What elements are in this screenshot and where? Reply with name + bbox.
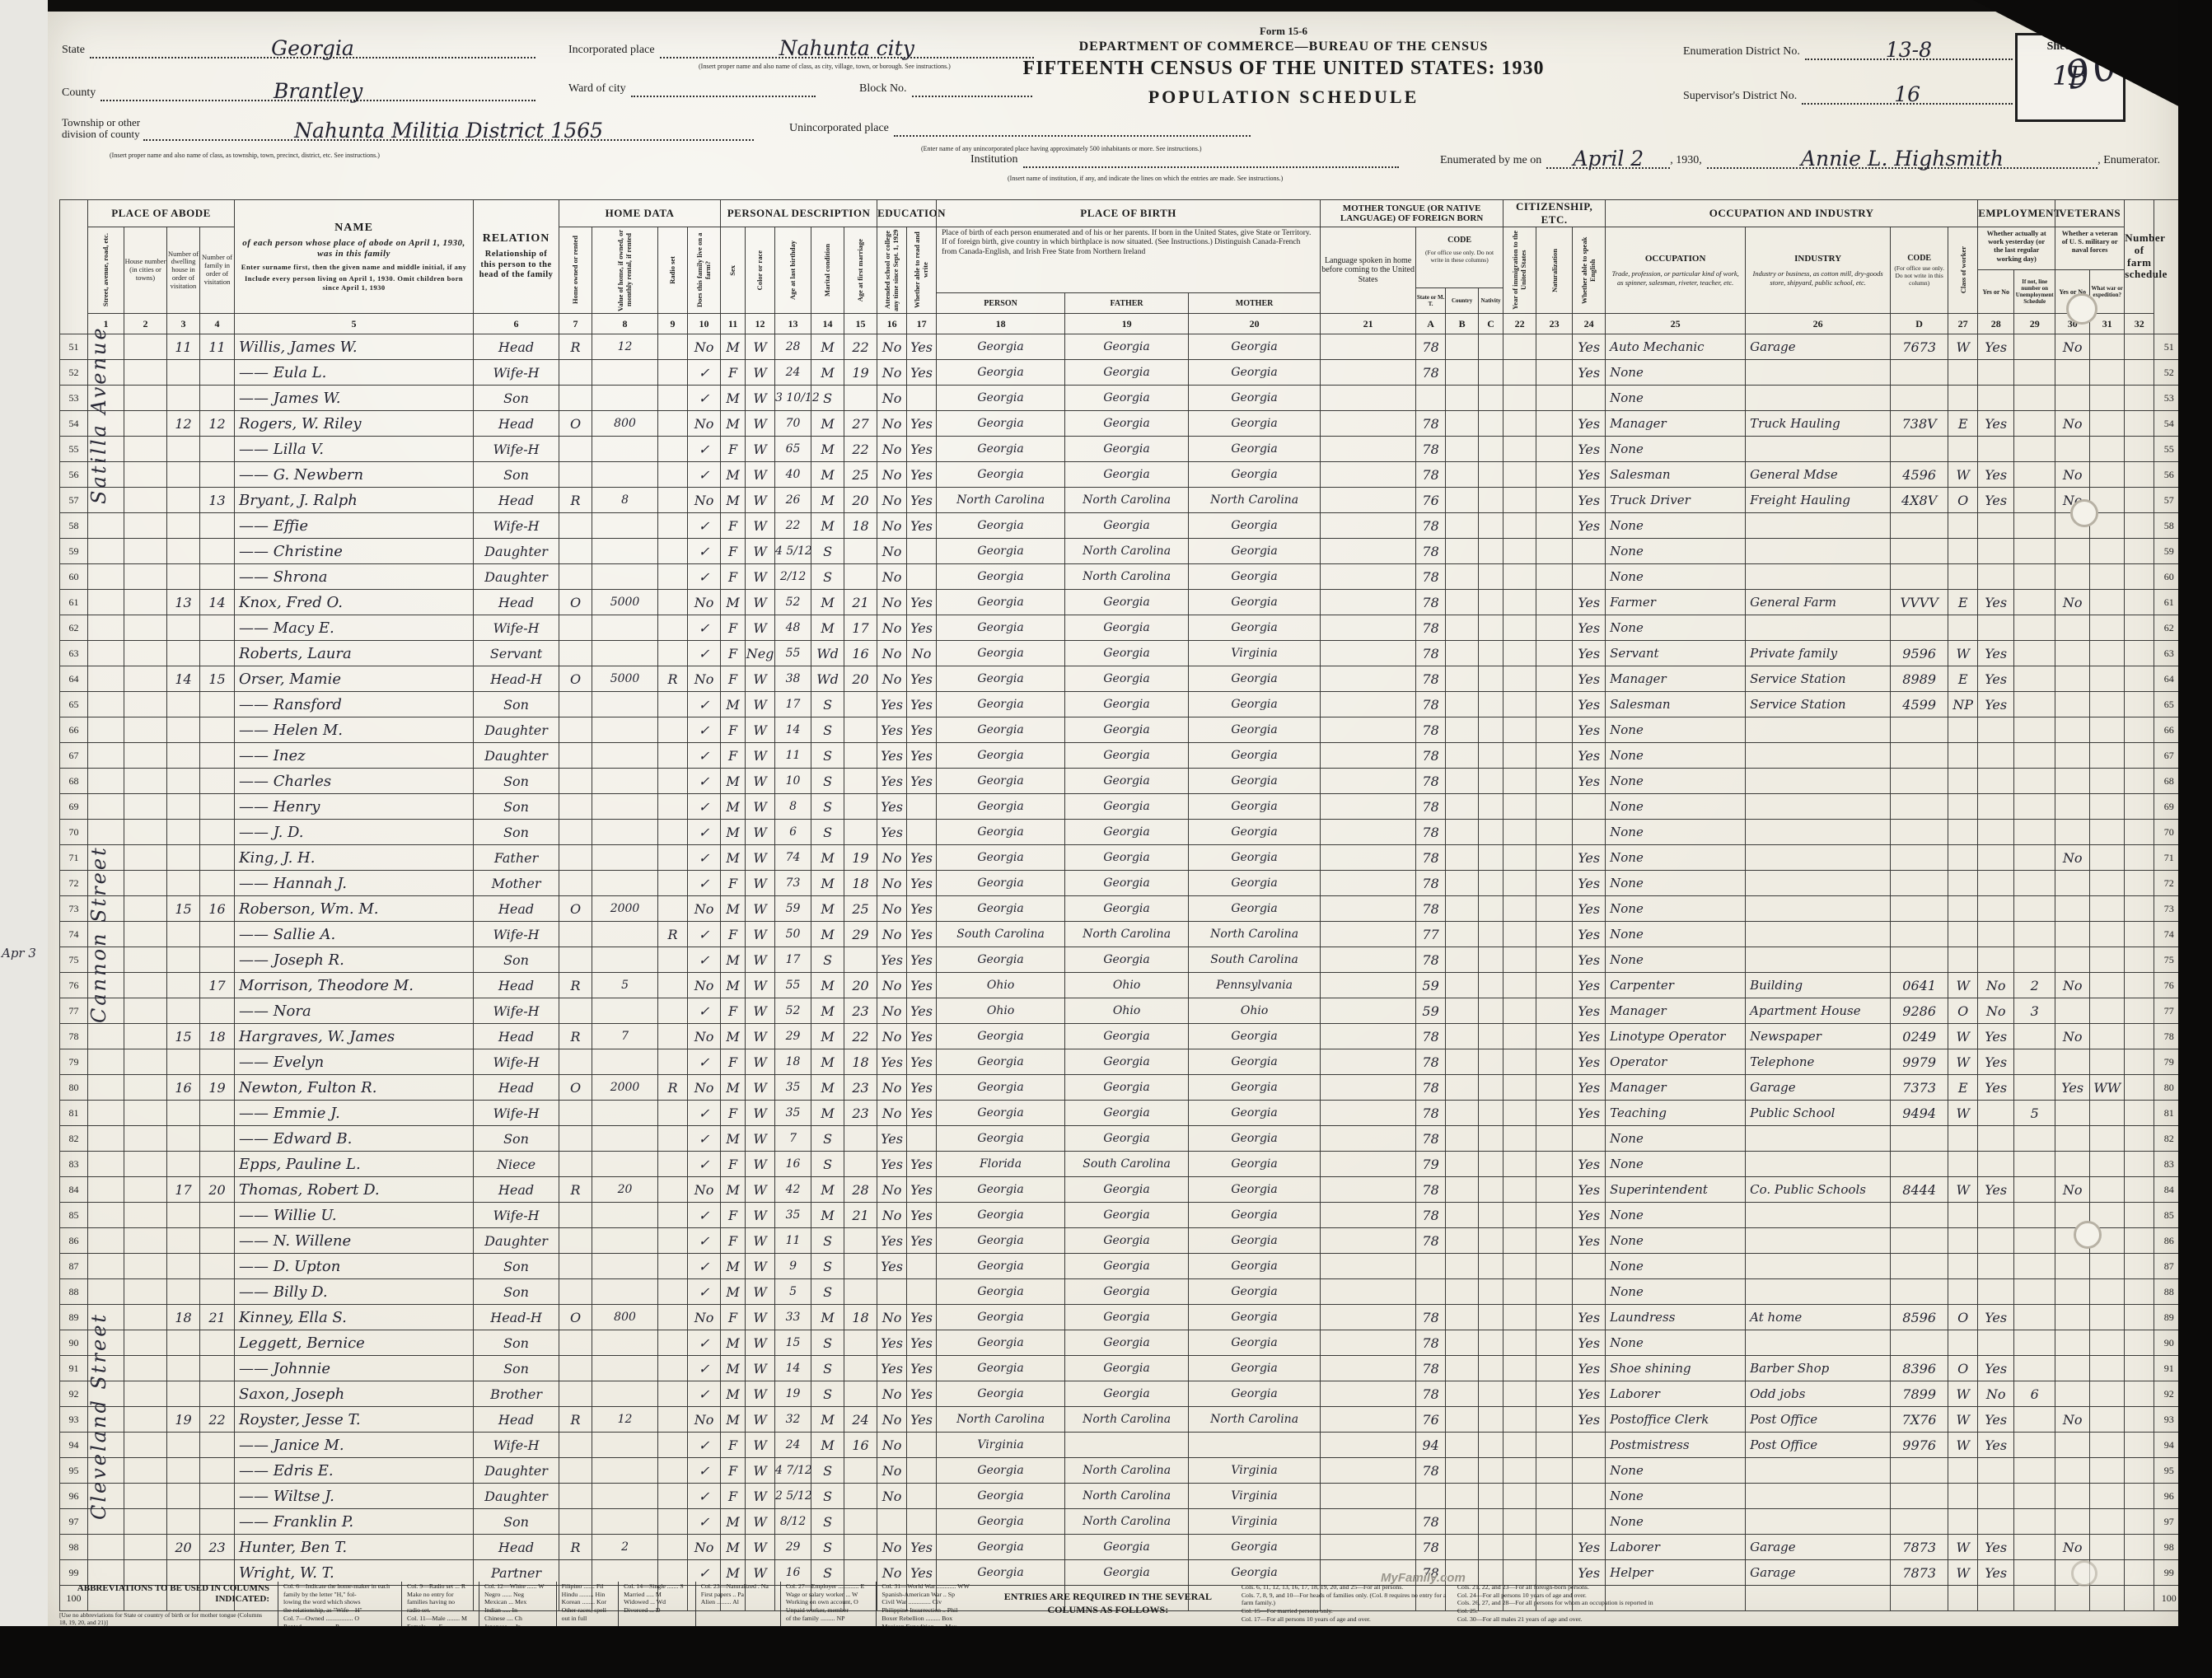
table-row: 891821Kinney, Ella S.Head-HO800NoFW33M18… bbox=[60, 1305, 2184, 1330]
cell-fb: Ohio bbox=[1065, 973, 1189, 998]
cell-vet bbox=[2055, 769, 2090, 794]
cell-age: 35 bbox=[775, 1075, 811, 1101]
cell-dw bbox=[167, 1458, 200, 1484]
column-number: 22 bbox=[1504, 314, 1536, 334]
cell-cls: W bbox=[1948, 641, 1978, 666]
column-number: 2 bbox=[124, 314, 167, 334]
cell-sch: No bbox=[877, 488, 907, 513]
cell-imm bbox=[1504, 1049, 1536, 1075]
cell-val bbox=[592, 794, 658, 820]
line-number: 79 bbox=[60, 1049, 88, 1075]
cell-rw: Yes bbox=[907, 411, 937, 437]
cell-lang bbox=[1321, 1305, 1416, 1330]
cell-own bbox=[559, 998, 592, 1024]
cell-rw: Yes bbox=[907, 743, 937, 769]
cell-emp bbox=[1978, 845, 2014, 871]
cell-sex: F bbox=[721, 1049, 746, 1075]
cell-fsc bbox=[2125, 947, 2154, 973]
cell-own: O bbox=[559, 411, 592, 437]
cell-afm: 22 bbox=[844, 437, 877, 462]
cell-cod bbox=[1891, 1203, 1948, 1228]
cell-own bbox=[559, 564, 592, 590]
cell-sch bbox=[877, 1509, 907, 1535]
cell-lang bbox=[1321, 1228, 1416, 1254]
cell-dw bbox=[167, 1203, 200, 1228]
cell-age: 4 5/12 bbox=[775, 539, 811, 564]
cell-val bbox=[592, 615, 658, 641]
cell-unl bbox=[2014, 539, 2055, 564]
cell-nat bbox=[1536, 462, 1573, 488]
group-place-of-abode: PLACE OF ABODE bbox=[88, 200, 235, 227]
cell-fb: Georgia bbox=[1065, 717, 1189, 743]
cell-ind bbox=[1746, 871, 1891, 896]
cell-rw: Yes bbox=[907, 437, 937, 462]
cell-emp: Yes bbox=[1978, 1407, 2014, 1433]
cell-fam bbox=[200, 871, 235, 896]
cell-rad bbox=[658, 717, 688, 743]
cell-rel: Wife-H bbox=[474, 1049, 559, 1075]
cell-lang bbox=[1321, 334, 1416, 360]
cell-age: 38 bbox=[775, 666, 811, 692]
cell-mb: Georgia bbox=[1189, 717, 1321, 743]
cell-cb bbox=[1446, 590, 1479, 615]
cell-val bbox=[592, 947, 658, 973]
cell-mar: S bbox=[811, 794, 844, 820]
cell-nat bbox=[1536, 513, 1573, 539]
cell-emp: No bbox=[1978, 1381, 2014, 1407]
cell-cc bbox=[1479, 922, 1504, 947]
cell-ind bbox=[1746, 896, 1891, 922]
cell-occ: Operator bbox=[1606, 1049, 1746, 1075]
cell-afm: 24 bbox=[844, 1407, 877, 1433]
cell-age: 24 bbox=[775, 360, 811, 386]
cell-hn bbox=[124, 871, 167, 896]
cell-nat bbox=[1536, 1356, 1573, 1381]
cell-cls: W bbox=[1948, 1433, 1978, 1458]
cell-name: Willis, James W. bbox=[235, 334, 474, 360]
cell-cc bbox=[1479, 1126, 1504, 1152]
cell-mb: Georgia bbox=[1189, 820, 1321, 845]
cell-hn bbox=[124, 1254, 167, 1279]
cell-war bbox=[2090, 1279, 2125, 1305]
cell-rw bbox=[907, 564, 937, 590]
col16-header: Attended school or college any time sinc… bbox=[877, 227, 907, 314]
cell-emp bbox=[1978, 1228, 2014, 1254]
cell-mb: Georgia bbox=[1189, 845, 1321, 871]
cell-frm: ✓ bbox=[688, 437, 721, 462]
cell-name: —— Billy D. bbox=[235, 1279, 474, 1305]
cell-eng: Yes bbox=[1573, 845, 1606, 871]
cell-frm: ✓ bbox=[688, 1152, 721, 1177]
cell-own bbox=[559, 1203, 592, 1228]
cell-unl bbox=[2014, 717, 2055, 743]
cell-rad bbox=[658, 462, 688, 488]
table-row: 70—— J. D.Son✓MW6SYesGeorgiaGeorgiaGeorg… bbox=[60, 820, 2184, 845]
line-number: 68 bbox=[60, 769, 88, 794]
line-number: 70 bbox=[60, 820, 88, 845]
cell-cod bbox=[1891, 845, 1948, 871]
enumerated-field: Enumerated by me on April 2 , 1930, Anni… bbox=[1440, 150, 2165, 169]
cell-nat bbox=[1536, 360, 1573, 386]
cell-ind: Post Office bbox=[1746, 1433, 1891, 1458]
cell-pb: Georgia bbox=[937, 1509, 1065, 1535]
column-number: 27 bbox=[1948, 314, 1978, 334]
cell-lang bbox=[1321, 1101, 1416, 1126]
cell-hn bbox=[124, 1458, 167, 1484]
cell-sch: No bbox=[877, 1381, 907, 1407]
cell-age: 11 bbox=[775, 743, 811, 769]
cell-unl bbox=[2014, 947, 2055, 973]
cell-eng bbox=[1573, 564, 1606, 590]
cell-sch: Yes bbox=[877, 717, 907, 743]
cell-sex: M bbox=[721, 590, 746, 615]
cell-age: 4 7/12 bbox=[775, 1458, 811, 1484]
cell-emp bbox=[1978, 564, 2014, 590]
cell-nat bbox=[1536, 922, 1573, 947]
cell-afm: 17 bbox=[844, 615, 877, 641]
cell-unl: 2 bbox=[2014, 973, 2055, 998]
cell-rad bbox=[658, 1509, 688, 1535]
institution-field: Institution bbox=[970, 153, 1399, 168]
cell-fsc bbox=[2125, 513, 2154, 539]
cell-hn bbox=[124, 386, 167, 411]
cell-fam: 16 bbox=[200, 896, 235, 922]
cell-cod: 8396 bbox=[1891, 1356, 1948, 1381]
incorporated-value: Nahunta city bbox=[660, 40, 1034, 58]
cell-pb: Georgia bbox=[937, 1330, 1065, 1356]
table-row: 60—— ShronaDaughter✓FW2/12SNoGeorgiaNort… bbox=[60, 564, 2184, 590]
cell-own bbox=[559, 437, 592, 462]
cell-cod: 8596 bbox=[1891, 1305, 1948, 1330]
cell-cls: W bbox=[1948, 1407, 1978, 1433]
cell-rel: Daughter bbox=[474, 1228, 559, 1254]
cell-frm: No bbox=[688, 1407, 721, 1433]
cell-cc bbox=[1479, 462, 1504, 488]
cell-afm bbox=[844, 1279, 877, 1305]
cell-rw bbox=[907, 1433, 937, 1458]
cell-rel: Son bbox=[474, 462, 559, 488]
cell-unl bbox=[2014, 411, 2055, 437]
cell-vet: No bbox=[2055, 1024, 2090, 1049]
cell-cc bbox=[1479, 1279, 1504, 1305]
cell-fsc bbox=[2125, 1126, 2154, 1152]
cell-ca: 78 bbox=[1416, 871, 1446, 896]
cell-occ: None bbox=[1606, 922, 1746, 947]
cell-cod bbox=[1891, 1228, 1948, 1254]
cell-race: W bbox=[746, 1484, 775, 1509]
cell-ca: 78 bbox=[1416, 1101, 1446, 1126]
state-label: State bbox=[62, 44, 90, 58]
cell-race: W bbox=[746, 1228, 775, 1254]
cell-cc bbox=[1479, 1381, 1504, 1407]
cell-mar: S bbox=[811, 1279, 844, 1305]
cell-sch: No bbox=[877, 513, 907, 539]
cell-age: 74 bbox=[775, 845, 811, 871]
cell-vet: No bbox=[2055, 462, 2090, 488]
line-number: 94 bbox=[60, 1433, 88, 1458]
cell-unl bbox=[2014, 1254, 2055, 1279]
cell-war bbox=[2090, 845, 2125, 871]
cell-occ: None bbox=[1606, 615, 1746, 641]
cell-name: —— James W. bbox=[235, 386, 474, 411]
cell-sex: M bbox=[721, 1279, 746, 1305]
code-abc-title: CODE bbox=[1421, 236, 1498, 245]
cell-emp: Yes bbox=[1978, 641, 2014, 666]
cell-cls bbox=[1948, 743, 1978, 769]
cell-own bbox=[559, 1330, 592, 1356]
cell-own bbox=[559, 641, 592, 666]
cell-frm: ✓ bbox=[688, 1101, 721, 1126]
cell-own bbox=[559, 1381, 592, 1407]
cell-rad bbox=[658, 692, 688, 717]
cell-val bbox=[592, 1509, 658, 1535]
requirement-line: Col. 30—For all males 21 years of age an… bbox=[1457, 1615, 1663, 1624]
cell-nat bbox=[1536, 1126, 1573, 1152]
cell-afm bbox=[844, 1381, 877, 1407]
cell-imm bbox=[1504, 896, 1536, 922]
cell-cls bbox=[1948, 820, 1978, 845]
cell-eng bbox=[1573, 1484, 1606, 1509]
cell-ca: 78 bbox=[1416, 462, 1446, 488]
cell-rad bbox=[658, 1228, 688, 1254]
abbreviation-line: Unpaid worker, member bbox=[786, 1606, 865, 1615]
cell-afm bbox=[844, 1535, 877, 1560]
cell-ca: 78 bbox=[1416, 845, 1446, 871]
abbreviation-line: Make no entry for bbox=[407, 1591, 467, 1599]
cell-mb: Georgia bbox=[1189, 462, 1321, 488]
cell-nat bbox=[1536, 1535, 1573, 1560]
abbreviation-block: Col. 12—White ...... WNegro ...... NegMe… bbox=[479, 1582, 548, 1630]
cell-emp bbox=[1978, 615, 2014, 641]
cell-dw bbox=[167, 820, 200, 845]
line-number: 64 bbox=[60, 666, 88, 692]
cell-vet bbox=[2055, 1305, 2090, 1330]
cell-fb: Georgia bbox=[1065, 1254, 1189, 1279]
table-row: 77—— NoraWife-H✓FW52M23NoYesOhioOhioOhio… bbox=[60, 998, 2184, 1024]
cell-eng: Yes bbox=[1573, 871, 1606, 896]
cell-unl bbox=[2014, 743, 2055, 769]
column-number: C bbox=[1479, 314, 1504, 334]
cell-nat bbox=[1536, 1381, 1573, 1407]
cell-ca: 78 bbox=[1416, 1458, 1446, 1484]
column-number: 29 bbox=[2014, 314, 2055, 334]
cell-cls bbox=[1948, 1458, 1978, 1484]
cell-pb: Georgia bbox=[937, 1126, 1065, 1152]
cell-frm: No bbox=[688, 1024, 721, 1049]
cell-age: 40 bbox=[775, 462, 811, 488]
line-number: 57 bbox=[60, 488, 88, 513]
cell-rad bbox=[658, 1279, 688, 1305]
cell-age: 17 bbox=[775, 692, 811, 717]
entries-required-title: ENTRIES ARE REQUIRED IN THE SEVERAL COLU… bbox=[984, 1582, 1232, 1616]
cell-fsc bbox=[2125, 1535, 2154, 1560]
cell-cls: O bbox=[1948, 998, 1978, 1024]
cell-pb: Georgia bbox=[937, 641, 1065, 666]
line-number: 66 bbox=[60, 717, 88, 743]
cell-fam bbox=[200, 1509, 235, 1535]
cell-imm bbox=[1504, 973, 1536, 998]
cell-cc bbox=[1479, 1024, 1504, 1049]
cell-hn bbox=[124, 1126, 167, 1152]
line-number: 74 bbox=[60, 922, 88, 947]
group-mother-tongue: MOTHER TONGUE (OR NATIVE LANGUAGE) OF FO… bbox=[1321, 200, 1504, 227]
cell-afm: 18 bbox=[844, 871, 877, 896]
cell-mb: Georgia bbox=[1189, 564, 1321, 590]
cell-frm: ✓ bbox=[688, 513, 721, 539]
cell-cls bbox=[1948, 437, 1978, 462]
cell-fsc bbox=[2125, 1203, 2154, 1228]
cell-afm bbox=[844, 717, 877, 743]
cell-cls: E bbox=[1948, 1075, 1978, 1101]
cell-rw: Yes bbox=[907, 998, 937, 1024]
cell-unl bbox=[2014, 666, 2055, 692]
cell-hn bbox=[124, 1305, 167, 1330]
cell-vet bbox=[2055, 820, 2090, 845]
cell-war bbox=[2090, 1381, 2125, 1407]
cell-cb bbox=[1446, 717, 1479, 743]
cell-pb: Georgia bbox=[937, 794, 1065, 820]
group-home-data: HOME DATA bbox=[559, 200, 721, 227]
cell-hn bbox=[124, 360, 167, 386]
abbreviation-line: the relationship, as "Wife—H" bbox=[283, 1606, 390, 1615]
cell-sch: Yes bbox=[877, 1152, 907, 1177]
cell-vet bbox=[2055, 564, 2090, 590]
cell-cod bbox=[1891, 1509, 1948, 1535]
cell-rw bbox=[907, 386, 937, 411]
cell-own bbox=[559, 1356, 592, 1381]
cell-dw bbox=[167, 1101, 200, 1126]
cell-occ: None bbox=[1606, 539, 1746, 564]
cell-afm: 28 bbox=[844, 1177, 877, 1203]
cell-race: W bbox=[746, 1177, 775, 1203]
cell-lang bbox=[1321, 1279, 1416, 1305]
table-row: 92Saxon, JosephBrother✓MW19SNoYesGeorgia… bbox=[60, 1381, 2184, 1407]
watermark: MyFamily.com bbox=[1381, 1571, 1466, 1585]
cell-dw: 13 bbox=[167, 590, 200, 615]
cell-ca: 78 bbox=[1416, 769, 1446, 794]
cell-fam bbox=[200, 1101, 235, 1126]
column-number: 4 bbox=[200, 314, 235, 334]
cell-pb: North Carolina bbox=[937, 488, 1065, 513]
sup-district-field: Supervisor's District No. 16 bbox=[1683, 86, 2013, 105]
cell-nat bbox=[1536, 386, 1573, 411]
cell-ind: General Farm bbox=[1746, 590, 1891, 615]
col15-header: Age at first marriage bbox=[844, 227, 877, 314]
cell-ca bbox=[1416, 1279, 1446, 1305]
cell-val bbox=[592, 692, 658, 717]
cell-nat bbox=[1536, 411, 1573, 437]
cell-cls bbox=[1948, 717, 1978, 743]
cell-sex: M bbox=[721, 1254, 746, 1279]
cell-name: —— Henry bbox=[235, 794, 474, 820]
cell-war bbox=[2090, 1535, 2125, 1560]
cell-cod bbox=[1891, 360, 1948, 386]
cell-ind: Barber Shop bbox=[1746, 1356, 1891, 1381]
cell-rad bbox=[658, 1381, 688, 1407]
cell-rad bbox=[658, 539, 688, 564]
cell-nat bbox=[1536, 1433, 1573, 1458]
cell-ca: 78 bbox=[1416, 437, 1446, 462]
cell-rad bbox=[658, 1177, 688, 1203]
cell-dw bbox=[167, 769, 200, 794]
person-subheader: PERSON bbox=[937, 293, 1065, 313]
abbreviation-line: Mexican ... Mex bbox=[484, 1598, 545, 1606]
cell-vet bbox=[2055, 794, 2090, 820]
cell-pb: Ohio bbox=[937, 998, 1065, 1024]
cell-sch: No bbox=[877, 922, 907, 947]
cell-fam bbox=[200, 615, 235, 641]
cell-imm bbox=[1504, 1330, 1536, 1356]
cell-unl bbox=[2014, 386, 2055, 411]
cell-rel: Head-H bbox=[474, 666, 559, 692]
cell-cc bbox=[1479, 1203, 1504, 1228]
form-number: Form 15-6 bbox=[905, 25, 1663, 38]
cell-val bbox=[592, 437, 658, 462]
cell-afm bbox=[844, 539, 877, 564]
cell-rw: Yes bbox=[907, 1101, 937, 1126]
cell-ca: 78 bbox=[1416, 641, 1446, 666]
cell-rw: Yes bbox=[907, 896, 937, 922]
cell-mar: S bbox=[811, 1381, 844, 1407]
cell-hn bbox=[124, 973, 167, 998]
cell-fam: 15 bbox=[200, 666, 235, 692]
cell-cb bbox=[1446, 845, 1479, 871]
cell-vet bbox=[2055, 539, 2090, 564]
abbreviation-line: Col. 31—World War ............ WW bbox=[882, 1582, 970, 1591]
cell-rad bbox=[658, 1356, 688, 1381]
cell-val bbox=[592, 360, 658, 386]
cell-ind bbox=[1746, 1228, 1891, 1254]
cell-fam bbox=[200, 1049, 235, 1075]
abbreviation-line: Civil War .............. Civ bbox=[882, 1598, 970, 1606]
column-number: 5 bbox=[235, 314, 474, 334]
cell-war bbox=[2090, 1177, 2125, 1203]
cell-mb: Georgia bbox=[1189, 769, 1321, 794]
cell-rel: Son bbox=[474, 692, 559, 717]
cell-afm: 18 bbox=[844, 1305, 877, 1330]
cell-fb: Georgia bbox=[1065, 1381, 1189, 1407]
table-row: 94—— Janice M.Wife-H✓FW24M16NoVirginia94… bbox=[60, 1433, 2184, 1458]
cell-age: 42 bbox=[775, 1177, 811, 1203]
cell-hn bbox=[124, 1330, 167, 1356]
cell-mar: S bbox=[811, 820, 844, 845]
cell-mar: M bbox=[811, 360, 844, 386]
cell-sex: M bbox=[721, 462, 746, 488]
cell-mar: M bbox=[811, 1407, 844, 1433]
cell-rel: Head bbox=[474, 590, 559, 615]
cell-eng bbox=[1573, 386, 1606, 411]
cell-rel: Head bbox=[474, 1024, 559, 1049]
cell-ind: Odd jobs bbox=[1746, 1381, 1891, 1407]
cell-eng: Yes bbox=[1573, 1024, 1606, 1049]
cell-mb: Georgia bbox=[1189, 360, 1321, 386]
cell-race: W bbox=[746, 871, 775, 896]
col23-header: Naturalization bbox=[1536, 227, 1573, 314]
street-name-overlay: Cannon Street bbox=[87, 613, 120, 1255]
cell-hn bbox=[124, 947, 167, 973]
cell-vet bbox=[2055, 947, 2090, 973]
cell-sex: F bbox=[721, 360, 746, 386]
cell-sch: No bbox=[877, 845, 907, 871]
cell-rad bbox=[658, 437, 688, 462]
cell-ca: 78 bbox=[1416, 411, 1446, 437]
cell-dw bbox=[167, 539, 200, 564]
cell-ca: 76 bbox=[1416, 488, 1446, 513]
cell-fb: Georgia bbox=[1065, 692, 1189, 717]
cell-cc bbox=[1479, 1254, 1504, 1279]
cell-race: W bbox=[746, 1075, 775, 1101]
cell-fb: Georgia bbox=[1065, 334, 1189, 360]
